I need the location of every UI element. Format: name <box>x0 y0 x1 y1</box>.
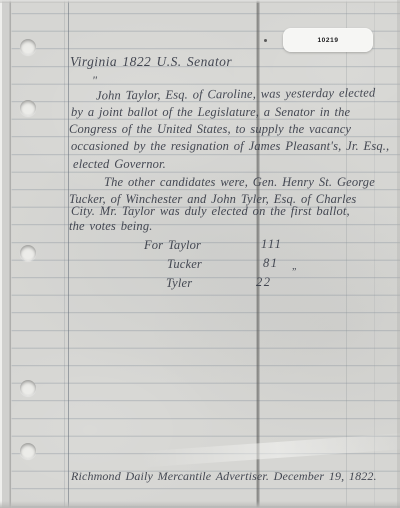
scan-light-streak <box>140 432 400 467</box>
opening-quote: " <box>92 73 97 88</box>
catalog-label: 10219 <box>283 28 373 52</box>
page-edge-top <box>0 0 400 3</box>
manuscript-line: by a joint ballot of the Legislature, a … <box>71 105 350 120</box>
candidate-name: Tucker <box>167 257 202 272</box>
manuscript-line: John Taylor, Esq. of Caroline, was yeste… <box>96 86 376 104</box>
manuscript-line: the votes being. <box>69 219 153 234</box>
catalog-number: 10219 <box>317 37 338 44</box>
source-citation: Richmond Daily Mercantile Advertiser. De… <box>71 469 377 484</box>
vertical-crease-faint-2 <box>374 0 375 508</box>
candidate-name: Tyler <box>166 276 192 291</box>
vertical-crease <box>256 0 260 508</box>
page-edge-left <box>0 0 12 508</box>
candidate-name: For Taylor <box>144 238 201 253</box>
rule-lines <box>0 0 400 508</box>
vertical-crease-faint <box>346 0 347 508</box>
punch-hole <box>20 380 36 396</box>
margin-line <box>68 0 69 508</box>
manuscript-line: City. Mr. Taylor was duly elected on the… <box>71 204 350 219</box>
punch-hole <box>20 245 36 261</box>
manuscript-line: occasioned by the resignation of James P… <box>71 139 389 154</box>
vote-count: 22 <box>256 275 272 290</box>
punch-hole <box>20 39 36 55</box>
ditto-mark: „ <box>292 261 298 272</box>
page-edge-bottom <box>0 501 400 508</box>
scanned-notebook-page: 10219 Virginia 1822 U.S. Senator " John … <box>0 0 400 508</box>
punch-hole <box>20 100 36 116</box>
manuscript-line: Congress of the United States, to supply… <box>69 122 351 137</box>
manuscript-line: elected Governor. <box>73 157 166 172</box>
margin-line-faint <box>64 0 65 508</box>
punch-hole <box>20 443 36 459</box>
manuscript-line: The other candidates were, Gen. Henry St… <box>104 175 375 190</box>
vote-count: 111 <box>261 237 282 252</box>
paper-texture <box>0 0 400 508</box>
vote-count: 81 <box>263 256 279 271</box>
title-line: Virginia 1822 U.S. Senator <box>70 54 232 70</box>
ink-speck <box>264 39 267 42</box>
